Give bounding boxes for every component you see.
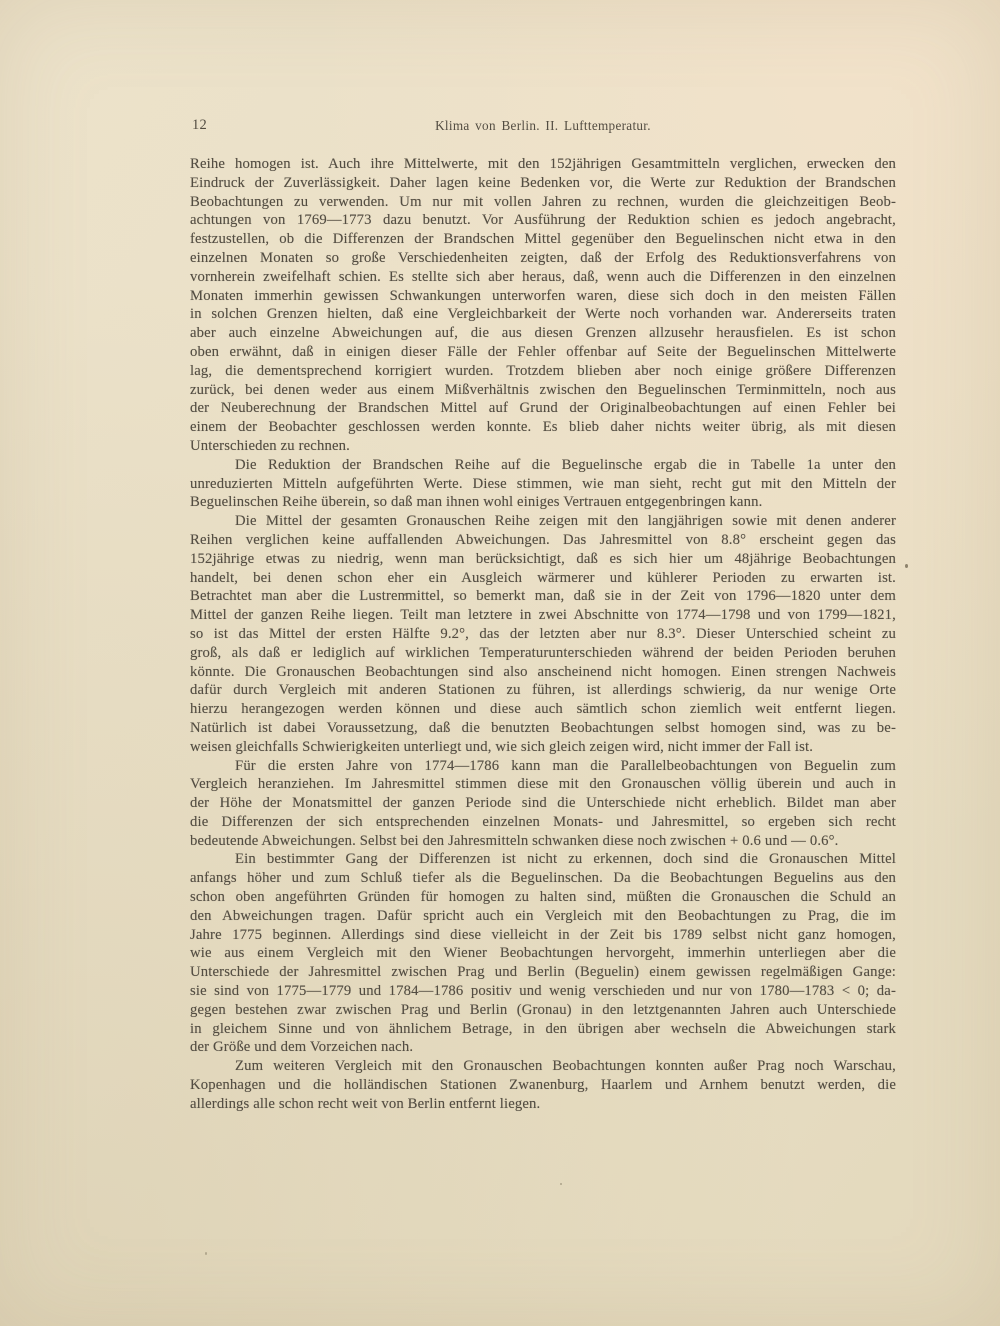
paragraph: Zum weiteren Vergleich mit den Gronausch… — [190, 1057, 896, 1113]
text-line: wie aus einem Vergleich mit den Wiener B… — [190, 944, 896, 963]
text-line: vornherein zweifelhaft schien. Es stellt… — [190, 268, 896, 287]
text-line: Kopenhagen und die holländischen Station… — [190, 1076, 896, 1095]
text-line: Beguelinschen Reihe überein, so daß man … — [190, 493, 896, 512]
paragraph: Für die ersten Jahre von 1774—1786 kann … — [190, 757, 896, 851]
text-line: Zum weiteren Vergleich mit den Gronausch… — [190, 1057, 896, 1076]
text-line: hierzu herangezogen werden können und di… — [190, 700, 896, 719]
text-line: dafür durch Vergleich mit anderen Statio… — [190, 681, 896, 700]
text-line: Für die ersten Jahre von 1774—1786 kann … — [190, 757, 896, 776]
running-head: 12 Klima von Berlin. II. Lufttemperatur. — [190, 117, 896, 137]
text-block: Reihe homogen ist. Auch ihre Mittelwerte… — [190, 155, 896, 1114]
text-line: Eindruck der Zuverlässigkeit. Daher lage… — [190, 174, 896, 193]
text-line: sie sind von 1775—1779 und 1784—1786 pos… — [190, 982, 896, 1001]
text-line: der Neuberechnung der Brandschen Mittel … — [190, 399, 896, 418]
text-line: könnte. Die Gronauschen Beobachtungen si… — [190, 663, 896, 682]
text-line: lag, die dementsprechend korrigiert wurd… — [190, 362, 896, 381]
text-line: einzelnen Monaten so große Verschiedenhe… — [190, 249, 896, 268]
text-line: Mittel der ganzen Reihe liegen. Teilt ma… — [190, 606, 896, 625]
text-line: in solchen Grenzen hielten, daß eine Ver… — [190, 305, 896, 324]
paragraph: Ein bestimmter Gang der Differenzen ist … — [190, 850, 896, 1057]
text-line: achtungen von 1769—1773 dazu benutzt. Vo… — [190, 211, 896, 230]
text-line: festzustellen, ob die Differenzen der Br… — [190, 230, 896, 249]
text-line: Beobachtungen zu verwenden. Um nur mit v… — [190, 193, 896, 212]
paper-speck — [404, 593, 406, 596]
running-title: Klima von Berlin. II. Lufttemperatur. — [190, 117, 896, 134]
text-line: Die Reduktion der Brandschen Reihe auf d… — [190, 456, 896, 475]
text-line: allerdings alle schon recht weit von Ber… — [190, 1095, 896, 1114]
text-line: den Abweichungen tragen. Dafür spricht a… — [190, 907, 896, 926]
text-line: die Differenzen der sich entsprechenden … — [190, 813, 896, 832]
text-line: Reihe homogen ist. Auch ihre Mittelwerte… — [190, 155, 896, 174]
paper-speck — [560, 1183, 562, 1185]
text-line: zurück, bei denen weder aus einem Mißver… — [190, 381, 896, 400]
paper-speck — [905, 564, 908, 568]
paragraph: Reihe homogen ist. Auch ihre Mittelwerte… — [190, 155, 896, 456]
page-number: 12 — [192, 117, 207, 134]
text-line: Jahre 1775 beginnen. Allerdings sind die… — [190, 926, 896, 945]
text-line: bedeutende Abweichungen. Selbst bei den … — [190, 832, 896, 851]
text-line: schon oben angeführten Gründen für homog… — [190, 888, 896, 907]
text-line: aber auch einzelne Abweichungen auf, die… — [190, 324, 896, 343]
text-line: Die Mittel der gesamten Gronauschen Reih… — [190, 512, 896, 531]
paragraph: Die Reduktion der Brandschen Reihe auf d… — [190, 456, 896, 512]
text-line: unreduzierten Mitteln aufgeführten Werte… — [190, 475, 896, 494]
text-line: in gleichem Sinne und von ähnlichem Betr… — [190, 1020, 896, 1039]
text-line: Reihen verglichen keine auffallenden Abw… — [190, 531, 896, 550]
text-line: einem der Beobachter geschlossen werden … — [190, 418, 896, 437]
text-line: Natürlich ist dabei Voraussetzung, daß d… — [190, 719, 896, 738]
text-line: Ein bestimmter Gang der Differenzen ist … — [190, 850, 896, 869]
text-line: Unterschiede der Jahresmittel zwischen P… — [190, 963, 896, 982]
text-line: Monaten immerhin gewissen Schwankungen u… — [190, 287, 896, 306]
text-line: der Größe und dem Vorzeichen nach. — [190, 1038, 896, 1057]
text-line: groß, als daß er lediglich auf wirkliche… — [190, 644, 896, 663]
book-page-scan: 12 Klima von Berlin. II. Lufttemperatur.… — [0, 0, 1000, 1326]
text-line: Unterschieden zu rechnen. — [190, 437, 896, 456]
text-line: oben erwähnt, daß in einigen dieser Fäll… — [190, 343, 896, 362]
paragraph: Die Mittel der gesamten Gronauschen Reih… — [190, 512, 896, 756]
text-line: weisen gleichfalls Schwierigkeiten unter… — [190, 738, 896, 757]
text-line: der Höhe der Monatsmittel der ganzen Per… — [190, 794, 896, 813]
text-line: anfangs höher und zum Schluß tiefer als … — [190, 869, 896, 888]
text-line: Betrachtet man aber die Lustrenmittel, s… — [190, 587, 896, 606]
text-line: Vergleich heranziehen. Im Jahresmittel s… — [190, 775, 896, 794]
paper-speck — [205, 1252, 207, 1255]
text-line: 152jährige etwas zu niedrig, wenn man be… — [190, 550, 896, 569]
text-line: so ist das Mittel der ersten Hälfte 9.2°… — [190, 625, 896, 644]
text-line: gegen bestehen zwar zwischen Prag und Be… — [190, 1001, 896, 1020]
text-line: handelt, bei denen schon eher ein Ausgle… — [190, 569, 896, 588]
